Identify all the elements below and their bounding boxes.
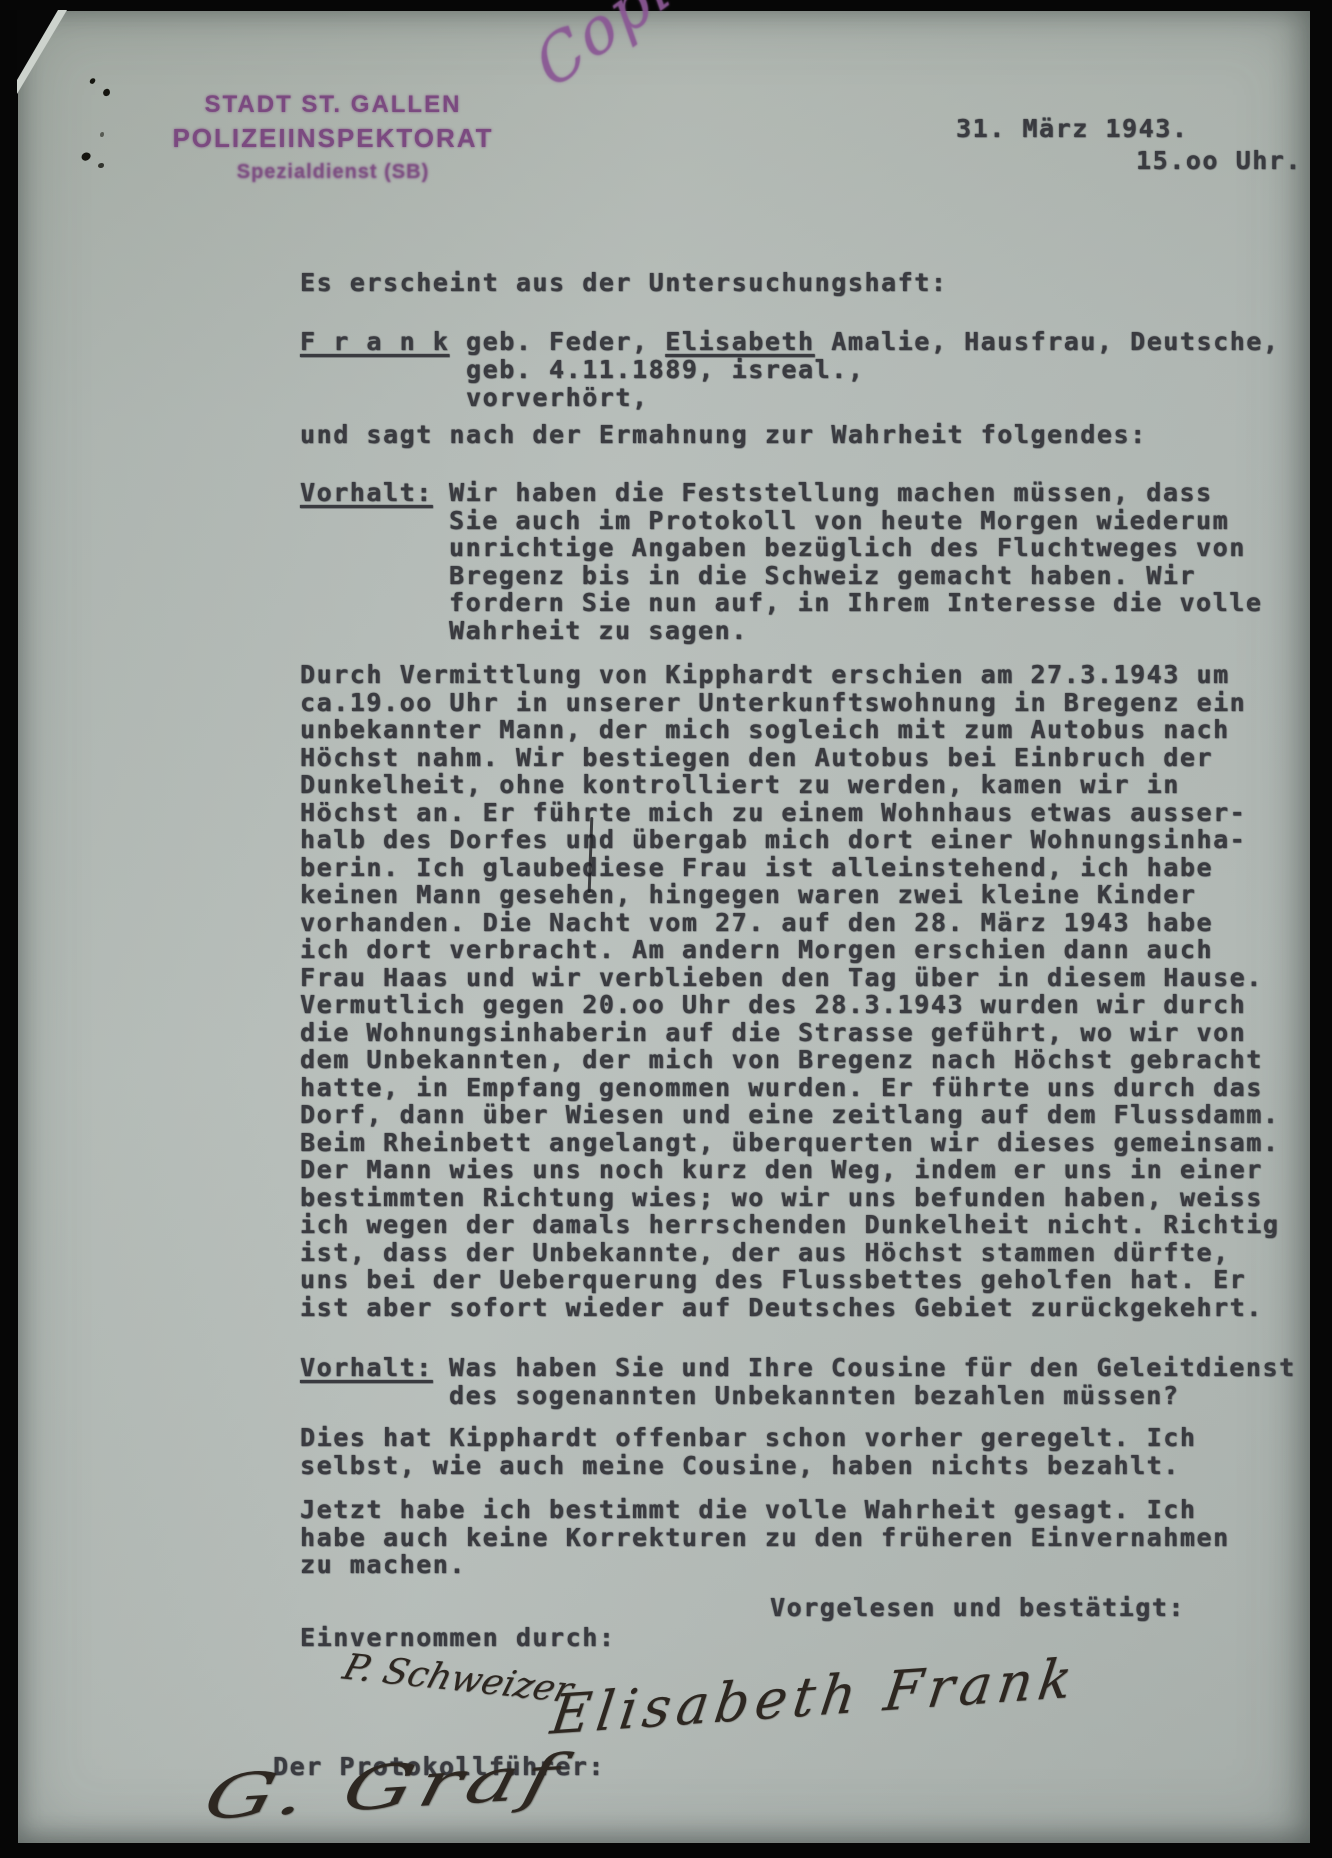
appearance-line: Es erscheint aus der Untersuchungshaft: — [300, 269, 947, 297]
subject-firstname: Elisabeth — [665, 327, 814, 356]
subject-name-line: F r a n k geb. Feder, Elisabeth Amalie, … — [300, 328, 1280, 356]
subject-block: F r a n k geb. Feder, Elisabeth Amalie, … — [300, 328, 1280, 412]
letterhead-city: STADT ST. GALLEN — [168, 91, 498, 119]
statement-paragraph-2: Dies hat Kipphardt offenbar schon vorher… — [300, 1424, 1196, 1479]
oath-line: und sagt nach der Ermahnung zur Wahrheit… — [300, 421, 1147, 449]
vorhalt-1: Vorhalt: Wir haben die Feststellung mach… — [300, 479, 1262, 644]
statement-paragraph-1: Durch Vermittlung von Kipphardt erschien… — [300, 661, 1279, 1321]
deponent-signature: Elisabeth Frank — [547, 1646, 1082, 1747]
document-page: STADT ST. GALLEN POLIZEIINSPEKTORAT Spez… — [18, 11, 1310, 1843]
date-line: 31. März 1943. — [956, 115, 1188, 143]
subject-birth-line: geb. 4.11.1889, isreal., — [466, 356, 1280, 384]
vorhalt-1-text: Wir haben die Feststellung machen müssen… — [449, 479, 1262, 644]
subject-status-line: vorverhört, — [466, 384, 1280, 412]
vorhalt-2-label: Vorhalt: — [300, 1354, 433, 1382]
subject-details: Amalie, Hausfrau, Deutsche, — [815, 327, 1280, 356]
ink-speck — [89, 77, 96, 85]
subject-maiden: geb. Feder, — [449, 327, 665, 356]
time-line: 15.oo Uhr. — [1136, 147, 1302, 175]
ink-speck — [100, 132, 104, 137]
recorder-signature: G. Graf — [198, 1742, 570, 1835]
vorhalt-1-label: Vorhalt: — [300, 479, 433, 507]
ink-speck — [98, 163, 104, 168]
confirmation-line: Vorgelesen und bestätigt: — [770, 1594, 1185, 1622]
vorhalt-2-text: Was haben Sie und Ihre Cousine für den G… — [449, 1354, 1296, 1409]
subject-surname: F r a n k — [300, 327, 449, 356]
letterhead-department: Spezialdienst (SB) — [168, 161, 498, 184]
scan-background: STADT ST. GALLEN POLIZEIINSPEKTORAT Spez… — [0, 0, 1332, 1858]
vorhalt-2: Vorhalt: Was haben Sie und Ihre Cousine … — [300, 1354, 1296, 1409]
copy-stamp: Copie — [523, 0, 714, 103]
interviewer-label: Einvernommen durch: — [300, 1624, 615, 1652]
ink-speck — [102, 88, 111, 97]
statement-paragraph-3: Jetzt habe ich bestimmt die volle Wahrhe… — [300, 1496, 1230, 1579]
corner-fold — [17, 10, 58, 80]
ink-speck — [80, 150, 92, 162]
letterhead-office: POLIZEIINSPEKTORAT — [168, 123, 498, 154]
interviewer-signature: P. Schweizer — [339, 1647, 578, 1711]
letterhead-stamp: STADT ST. GALLEN POLIZEIINSPEKTORAT Spez… — [168, 91, 498, 201]
